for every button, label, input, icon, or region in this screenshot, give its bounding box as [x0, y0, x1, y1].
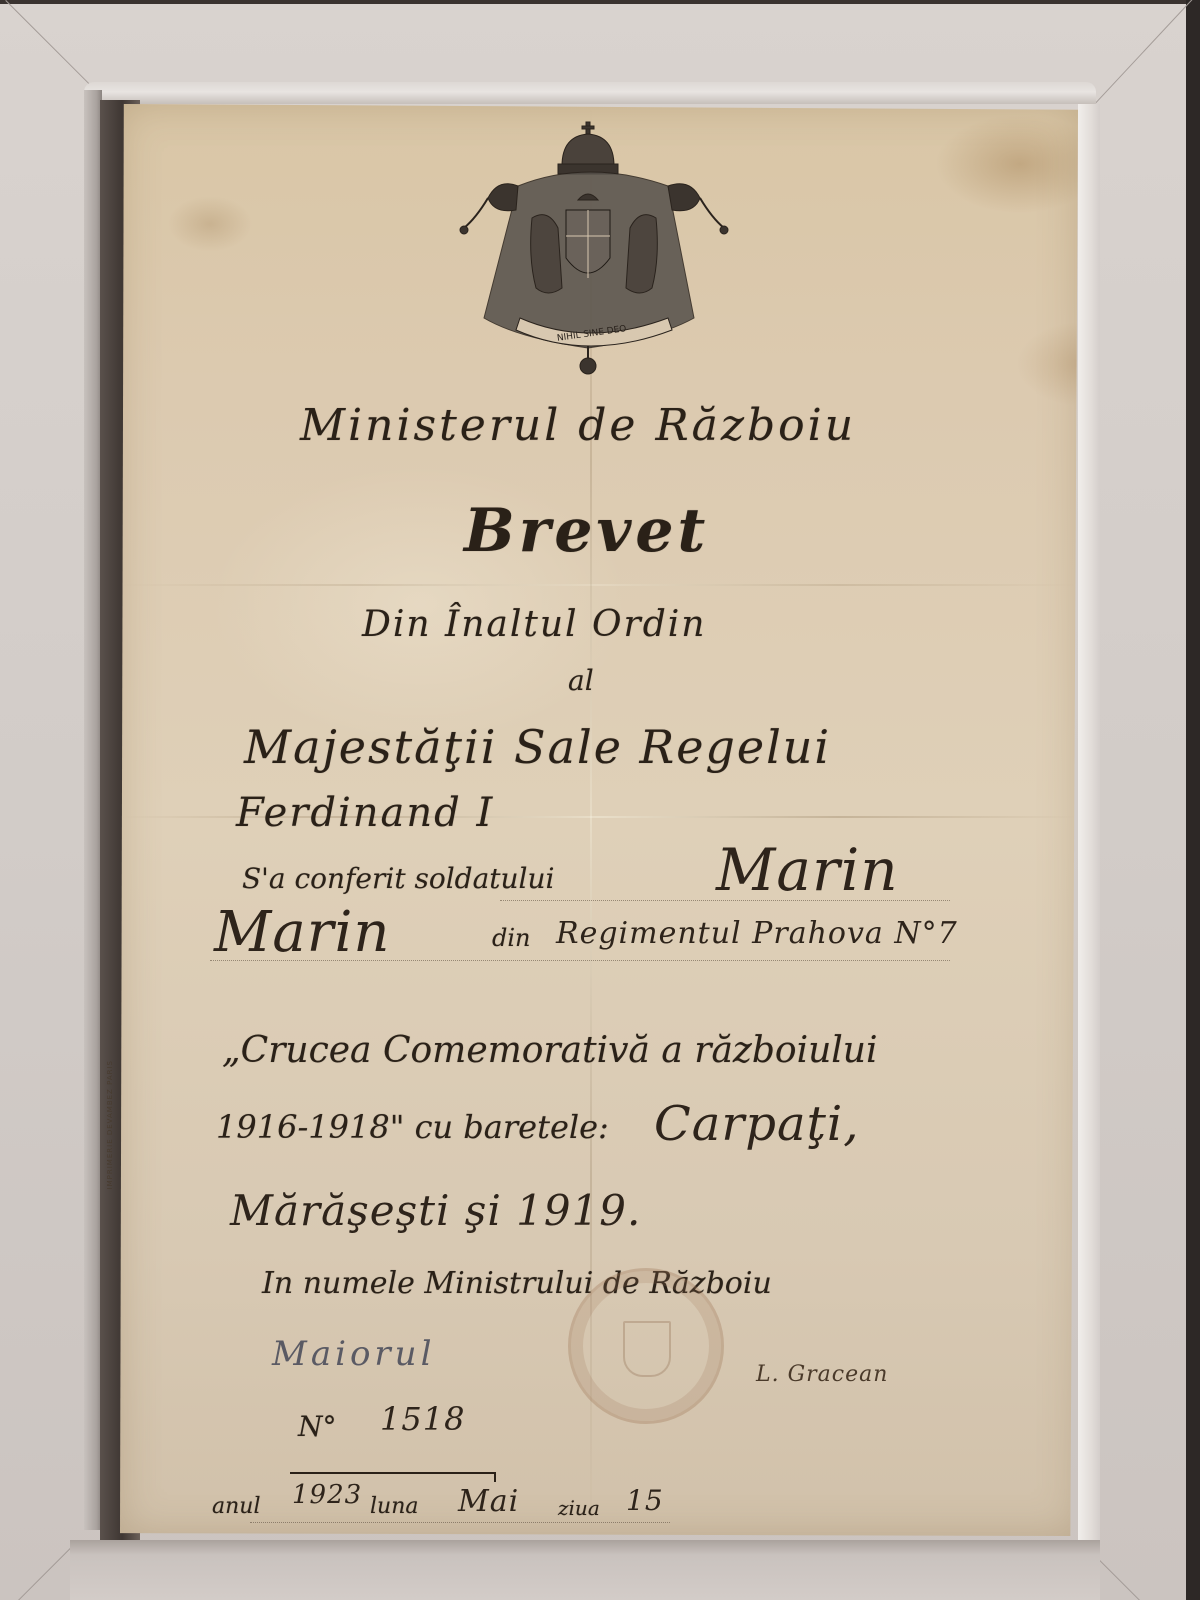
king-name: Ferdinand I [236, 790, 494, 836]
al-line: al [568, 664, 594, 697]
frame-bevel-bottom [70, 1540, 1100, 1600]
bars-line-1: Carpaţi, [654, 1096, 860, 1152]
fill-line [210, 960, 950, 961]
year-value: 1923 [292, 1480, 362, 1510]
ministry-heading: Ministerul de Războiu [300, 400, 856, 451]
number-underline-tick [494, 1472, 496, 1482]
day-value: 15 [626, 1484, 664, 1517]
number-label: N° [298, 1410, 337, 1443]
signature-right: L. Gracean [756, 1362, 888, 1387]
signature-left: Maiorul [272, 1334, 435, 1374]
stamp-shield-icon [623, 1321, 671, 1377]
regiment-prefix: din [492, 924, 531, 952]
frame-bevel-top [84, 82, 1096, 104]
recipient-surname: Marin [716, 836, 899, 904]
frame-outer-edge-right [1186, 0, 1200, 1600]
recipient-given-name: Marin [214, 900, 390, 965]
order-line: Din Înaltul Ordin [362, 604, 706, 645]
printer-mark: IMPRIMERIE DEVAMBEZ PARIS [106, 1060, 114, 1189]
paper-crease [120, 584, 1078, 586]
majesty-line: Majestăţii Sale Regelui [244, 720, 831, 774]
award-line-2: 1916-1918" cu baretele: [216, 1108, 609, 1146]
frame-miter-bottom-left [18, 1543, 75, 1600]
frame-miter-top-left [5, 0, 91, 86]
month-value: Mai [458, 1484, 519, 1519]
frame-bevel-right [1078, 104, 1100, 1544]
certificate-number: 1518 [380, 1400, 465, 1438]
conferred-prefix: S'a conferit soldatului [242, 862, 555, 895]
date-fill-line [250, 1522, 670, 1523]
bars-line-2: Mărăşeşti şi 1919. [230, 1186, 641, 1235]
frame-outer-edge-top [0, 0, 1200, 4]
frame-miter-top-right [1095, 0, 1195, 104]
official-stamp [568, 1268, 724, 1424]
coat-of-arms-icon: NIHIL SINE DEO [458, 118, 730, 376]
year-label: anul [212, 1494, 261, 1519]
month-label: luna [370, 1494, 419, 1519]
number-underline [290, 1472, 496, 1474]
award-line-1: „Crucea Comemorativă a războiului [222, 1030, 878, 1071]
day-label: ziua [558, 1496, 600, 1520]
document-title: Brevet [464, 496, 709, 566]
regiment-name: Regimentul Prahova N°7 [556, 916, 958, 951]
fill-line [500, 900, 950, 901]
